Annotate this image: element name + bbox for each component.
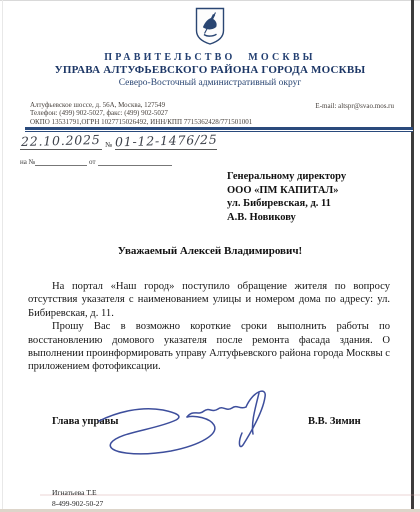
organization-title: УПРАВА АЛТУФЬЕВСКОГО РАЙОНА ГОРОДА МОСКВ…: [0, 64, 420, 76]
executor-phone: 8-499-902-50-27: [52, 499, 103, 510]
reference-line: 22.10.2025№01-12-1476/25: [20, 133, 217, 150]
recipient-address: ул. Бибиревская, д. 11: [227, 197, 346, 211]
address-block: Алтуфьевское шоссе, д. 56А, Москва, 1275…: [30, 101, 252, 126]
recipient-block: Генеральному директору ООО «ПМ КАПИТАЛ» …: [227, 170, 346, 224]
registry-codes-line: ОКПО 13531791,ОГРН 1027715026492, ИНН/КП…: [30, 118, 252, 126]
executor-block: Игнатьева Т.Е 8-499-902-50-27: [52, 488, 103, 509]
number-field: 01-12-1476/25: [115, 133, 217, 150]
body-paragraph-2: Прошу Вас в возможно короткие сроки выпо…: [28, 320, 390, 374]
scan-edge-top: [0, 0, 420, 1]
letter-body: На портал «Наш город» поступило обращени…: [28, 280, 390, 374]
government-title: ПРАВИТЕЛЬСТВО МОСКВЫ: [0, 52, 420, 63]
salutation: Уважаемый Алексей Владимирович!: [0, 245, 420, 257]
reply-reference-line: на № от: [20, 158, 172, 166]
reply-date-blank: [98, 158, 172, 166]
address-line: Алтуфьевское шоссе, д. 56А, Москва, 1275…: [30, 101, 252, 109]
reply-number-blank: [35, 158, 87, 166]
recipient-company: ООО «ПМ КАПИТАЛ»: [227, 184, 346, 198]
body-paragraph-1: На портал «Наш город» поступило обращени…: [28, 280, 390, 320]
handwritten-number: 01-12-1476/25: [115, 132, 218, 151]
from-label: от: [89, 158, 95, 166]
phone-fax-line: Телефон: (499) 902-5027, факс: (499) 902…: [30, 109, 252, 117]
executor-name: Игнатьева Т.Е: [52, 488, 103, 499]
moscow-coat-of-arms-icon: [195, 7, 225, 50]
handwritten-signature: [95, 387, 305, 470]
date-field: 22.10.2025: [20, 133, 102, 150]
contact-block: Алтуфьевское шоссе, д. 56А, Москва, 1275…: [30, 101, 394, 126]
email-line: E-mail: altspr@svao.mos.ru: [315, 101, 394, 110]
handwritten-date: 22.10.2025: [21, 132, 101, 150]
signer-name: В.В. Зимин: [308, 416, 361, 427]
scanned-official-letter: ПРАВИТЕЛЬСТВО МОСКВЫ УПРАВА АЛТУФЬЕВСКОГ…: [0, 0, 420, 512]
number-sign: №: [105, 140, 112, 149]
recipient-name: А.В. Новикову: [227, 211, 346, 225]
reply-to-label: на №: [20, 158, 35, 166]
recipient-position: Генеральному директору: [227, 170, 346, 184]
district-subtitle: Северо-Восточный административный округ: [0, 78, 420, 88]
letterhead-divider-rule: [25, 127, 413, 132]
